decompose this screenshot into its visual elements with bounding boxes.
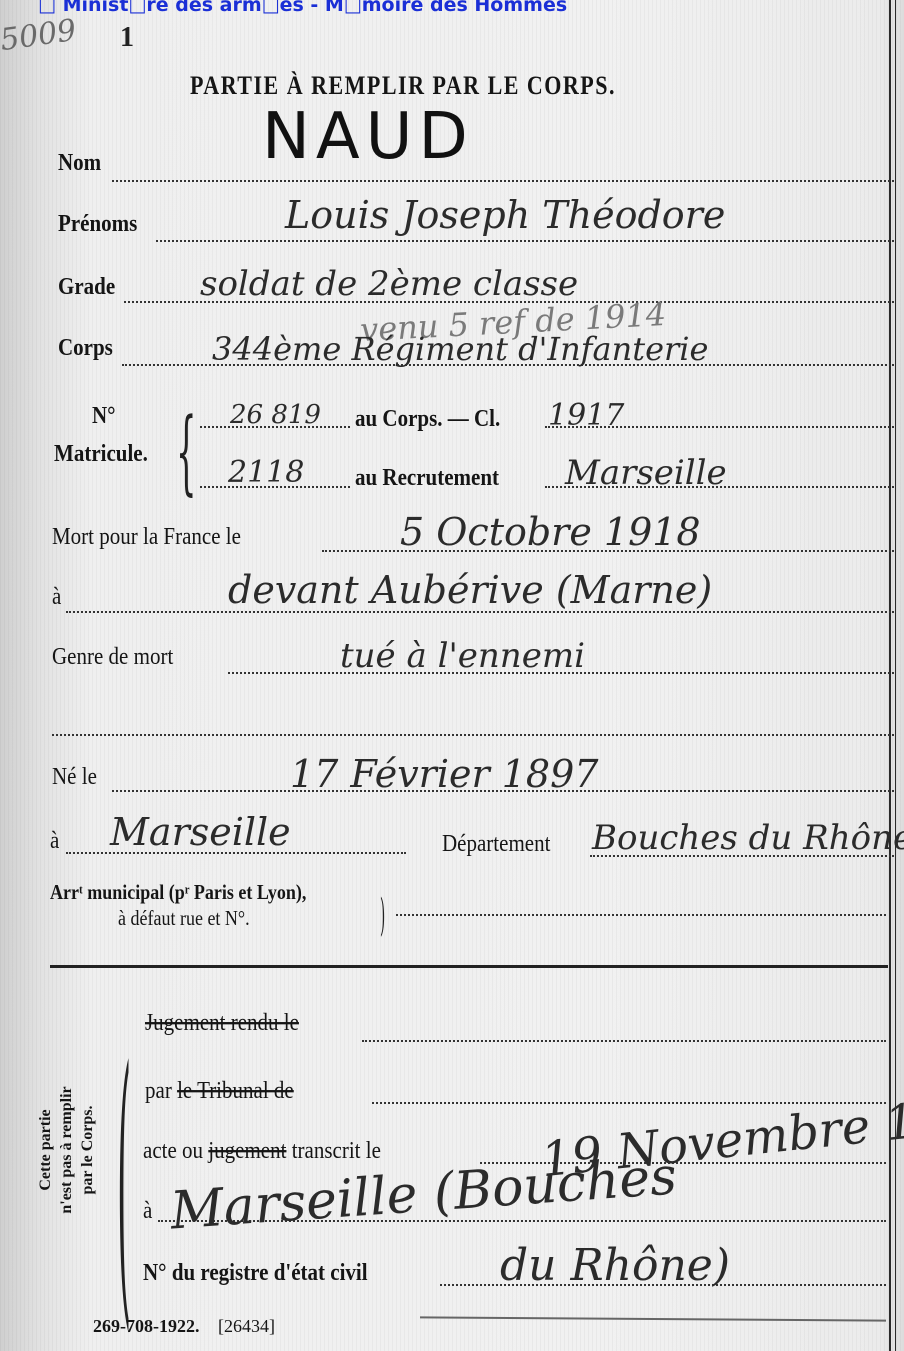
dotted-line-arrondissement: [396, 914, 886, 916]
label-civil-lieu: à: [143, 1196, 152, 1225]
label-nom: Nom: [58, 148, 101, 177]
section-divider: [50, 965, 888, 968]
side-note-civil-section: Cette partie n'est pas à remplir par le …: [35, 1030, 98, 1270]
footer-print-reference: 269-708-1922. [26434]: [93, 1316, 275, 1337]
label-departement: Département: [442, 829, 550, 858]
label-au-recrutement: au Recrutement: [355, 463, 499, 492]
watermark-text: □ Minist□re des arm□es - M□moire des Hom…: [38, 0, 567, 16]
value-recrutement-number: 2118: [228, 455, 304, 490]
label-mort-date: Mort pour la France le: [52, 522, 241, 551]
label-arrondissement-line1: Arrᵗ municipal (pʳ Paris et Lyon),: [50, 881, 306, 905]
label-naissance-date: Né le: [52, 762, 97, 791]
value-naissance-lieu: Marseille: [110, 810, 291, 854]
label-matricule: Matricule.: [54, 439, 148, 468]
label-grade: Grade: [58, 272, 115, 301]
label-matricule-no: N°: [92, 401, 116, 430]
brace-matricule: {: [176, 398, 196, 505]
label-transcription-struck: jugement: [208, 1136, 286, 1164]
closing-rule: [420, 1316, 886, 1321]
label-transcription: acte ou jugement transcrit le: [143, 1136, 381, 1165]
value-prenoms: Louis Joseph Théodore: [285, 193, 725, 237]
document-scan: □ Minist□re des arm□es - M□moire des Hom…: [0, 0, 904, 1351]
label-prenoms: Prénoms: [58, 209, 137, 238]
side-note-line-3: par le Corps.: [77, 1030, 98, 1270]
value-grade: soldat de 2ème classe: [200, 264, 578, 304]
value-corps: 344ème Régiment d'Infanterie: [212, 330, 708, 368]
label-tribunal-struck: le Tribunal de: [177, 1076, 294, 1104]
label-transcription-kept-2: transcrit le: [292, 1136, 381, 1164]
label-tribunal-kept: par: [145, 1076, 172, 1104]
footer-code: [26434]: [218, 1316, 275, 1336]
value-departement: Bouches du Rhône: [592, 818, 904, 858]
footer-print-ref: 269-708-1922.: [93, 1316, 200, 1336]
value-classe: 1917: [548, 398, 624, 433]
value-recrutement: Marseille: [565, 453, 727, 493]
value-naissance-date: 17 Février 1897: [290, 752, 598, 796]
margin-reference-number: 5009: [0, 13, 78, 58]
label-tribunal: par le Tribunal de: [145, 1076, 294, 1105]
value-nom: NAUD: [262, 100, 474, 174]
side-note-line-2: n'est pas à remplir: [56, 1030, 77, 1270]
side-note-line-1: Cette partie: [35, 1030, 56, 1270]
label-arrondissement-line2: à défaut rue et N°.: [118, 907, 250, 931]
label-registre: N° du registre d'état civil: [143, 1258, 368, 1287]
dotted-line-blank: [52, 734, 894, 736]
label-jugement: Jugement rendu le: [145, 1008, 299, 1037]
label-corps: Corps: [58, 333, 113, 362]
value-corps-number: 26 819: [230, 400, 321, 430]
dotted-line-prenoms: [156, 240, 894, 242]
page-title: PARTIE À REMPLIR PAR LE CORPS.: [190, 70, 616, 101]
value-genre-mort: tué à l'ennemi: [340, 636, 585, 676]
label-mort-lieu: à: [52, 582, 61, 611]
dotted-line-jugement: [362, 1040, 886, 1042]
dotted-line-nom: [112, 180, 894, 182]
label-au-corps-classe: au Corps. — Cl.: [355, 404, 500, 433]
label-naissance-lieu: à: [50, 826, 59, 855]
margin-index: 1: [120, 22, 134, 54]
value-registre: du Rhône): [500, 1240, 730, 1291]
brace-arrondissement: ): [380, 890, 385, 941]
value-mort-date: 5 Octobre 1918: [400, 510, 701, 554]
label-transcription-kept-1: acte ou: [143, 1136, 203, 1164]
value-mort-lieu: devant Aubérive (Marne): [228, 568, 712, 612]
brace-civil-section: (: [117, 1008, 131, 1351]
label-genre-mort: Genre de mort: [52, 642, 173, 671]
